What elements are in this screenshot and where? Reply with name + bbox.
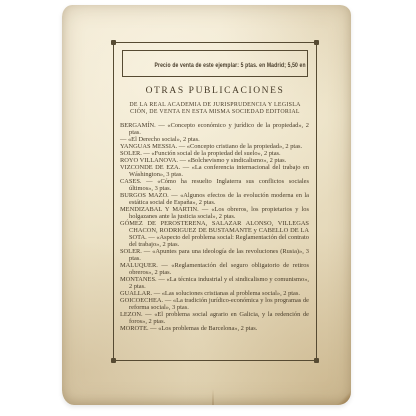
list-item: GUALLAR. — «Las soluciones cristianas al…	[120, 290, 309, 297]
bottom-right-fold	[335, 389, 351, 405]
page-title: OTRAS PUBLICACIONES	[114, 86, 316, 96]
corner-ornament-icon	[111, 358, 116, 363]
list-item: YANGUAS MESSIA. — «Concepto cristiano de…	[120, 143, 309, 150]
list-item: MONTANES. — «La técnica industrial y el …	[120, 276, 309, 290]
paper-crease	[212, 389, 214, 405]
list-item: SOLER. — «Función social de la propiedad…	[120, 150, 309, 157]
publications-frame: Precio de venta de este ejemplar: 5 ptas…	[113, 42, 317, 361]
corner-ornament-icon	[111, 40, 116, 45]
list-item: GOICOECHEA. — «La tradición jurídico-eco…	[120, 297, 309, 311]
book-cover: Precio de venta de este ejemplar: 5 ptas…	[62, 5, 351, 405]
list-item: — «El Derecho social», 2 ptas.	[120, 136, 309, 143]
publications-list: BERGAMÍN. — «Concepto económico y jurídi…	[120, 122, 309, 332]
list-item: LEZON. — «El problema social agrario en …	[120, 311, 309, 325]
corner-ornament-icon	[314, 358, 319, 363]
subtitle: DE LA REAL ACADEMIA DE JURISPRUDENCIA Y …	[124, 102, 306, 117]
list-item: MALUQUER. — «Reglamentación del seguro o…	[120, 262, 309, 276]
price-banner-text: Precio de venta de este ejemplar: 5 ptas…	[155, 62, 308, 69]
book-spine-texture	[62, 5, 81, 405]
list-item: MOROTE. — «Los problemas de Barcelona», …	[120, 325, 309, 332]
list-item: BERGAMÍN. — «Concepto económico y jurídi…	[120, 122, 309, 136]
list-item: VIZCONDE DE EZA. — «La conferencia inter…	[120, 164, 309, 178]
list-item: ROYO VILLANOVA. — «Bolchevismo y sindica…	[120, 157, 309, 164]
list-item: BURGOS MAZO. — «Algunos efectos de la ev…	[120, 192, 309, 206]
corner-ornament-icon	[314, 40, 319, 45]
photo-background: Precio de venta de este ejemplar: 5 ptas…	[0, 0, 416, 416]
list-item: MENDIZABAL Y MARTIN. — «Los obreros, los…	[120, 206, 309, 220]
price-banner: Precio de venta de este ejemplar: 5 ptas…	[122, 50, 308, 77]
list-item: CASES. — «Cómo ha resuelto Inglaterra su…	[120, 178, 309, 192]
list-item: GÓMEZ DE PEROSTERENA, SALAZAR ALONSO, VI…	[120, 220, 309, 248]
list-item: SOLER. — «Apuntes para una ideología de …	[120, 248, 309, 262]
